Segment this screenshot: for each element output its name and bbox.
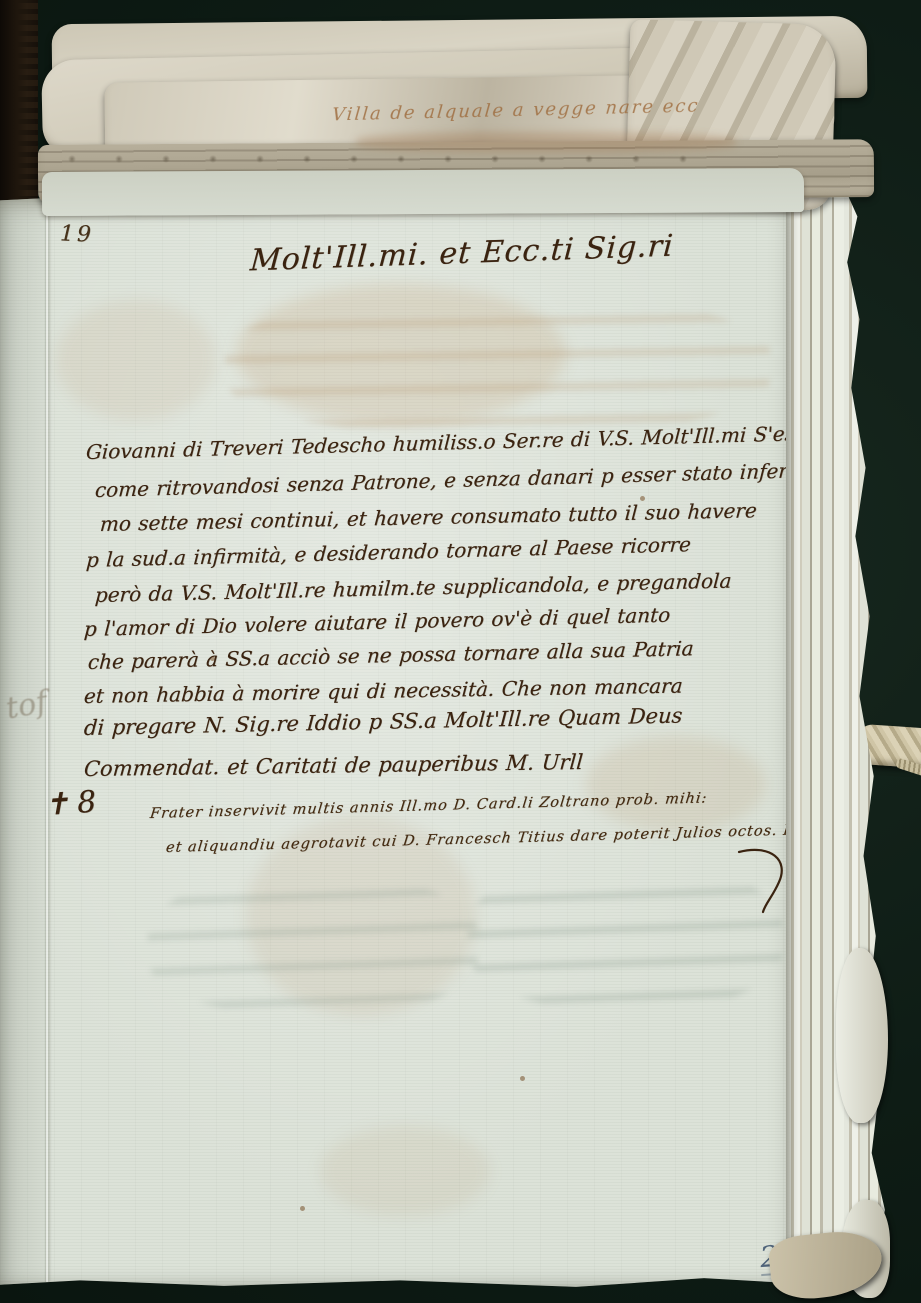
page-edge-stack — [786, 148, 888, 1290]
ink-speck — [520, 1076, 525, 1081]
body-line: di pregare N. Sig.re Iddio p SS.a Molt'I… — [83, 703, 683, 740]
ink-speck — [300, 1206, 305, 1211]
cross-number-mark: ✝8 — [43, 784, 106, 823]
folio-number: 19 — [60, 221, 95, 247]
bleed-through-text — [225, 298, 770, 433]
page-top-lip — [42, 168, 804, 216]
cross-icon: ✝ — [43, 786, 79, 823]
body-line: che parerà à SS.a acciò se ne possa torn… — [87, 636, 694, 674]
ink-stain — [586, 736, 766, 832]
page-edge-bulge — [836, 948, 888, 1123]
letter-salutation: Molt'Ill.mi. et Ecc.ti Sig.ri — [249, 229, 675, 279]
body-line: p la sud.a infirmità, e desiderando torn… — [85, 532, 691, 572]
ink-stain — [56, 300, 216, 420]
pencil-margin-mark: tof — [3, 685, 50, 727]
body-line: Commendat. et Caritati de pauperibus M. … — [83, 750, 584, 781]
margin-number: 8 — [76, 784, 105, 821]
body-line: però da V.S. Molt'Ill.re humilm.te suppl… — [94, 569, 732, 607]
body-line: come ritrovandosi senza Patrone, e senza… — [94, 458, 805, 502]
bleed-through-text — [148, 878, 478, 1013]
manuscript-page: 19 Molt'Ill.mi. et Ecc.ti Sig.ri Giovann… — [0, 196, 800, 1288]
body-line: et non habbia à morire qui di necessità.… — [83, 674, 683, 708]
manuscript-photograph: 19 Molt'Ill.mi. et Ecc.ti Sig.ri Giovann… — [0, 0, 921, 1303]
body-line: p l'amor di Dio volere aiutare il povero… — [83, 603, 671, 641]
body-line: mo sette mesi continui, et havere consum… — [99, 498, 757, 536]
faded-second-line — [356, 132, 736, 152]
page-left-shadow — [0, 196, 47, 1288]
ink-stain — [320, 1126, 490, 1216]
page-fold-crease — [46, 204, 48, 1282]
